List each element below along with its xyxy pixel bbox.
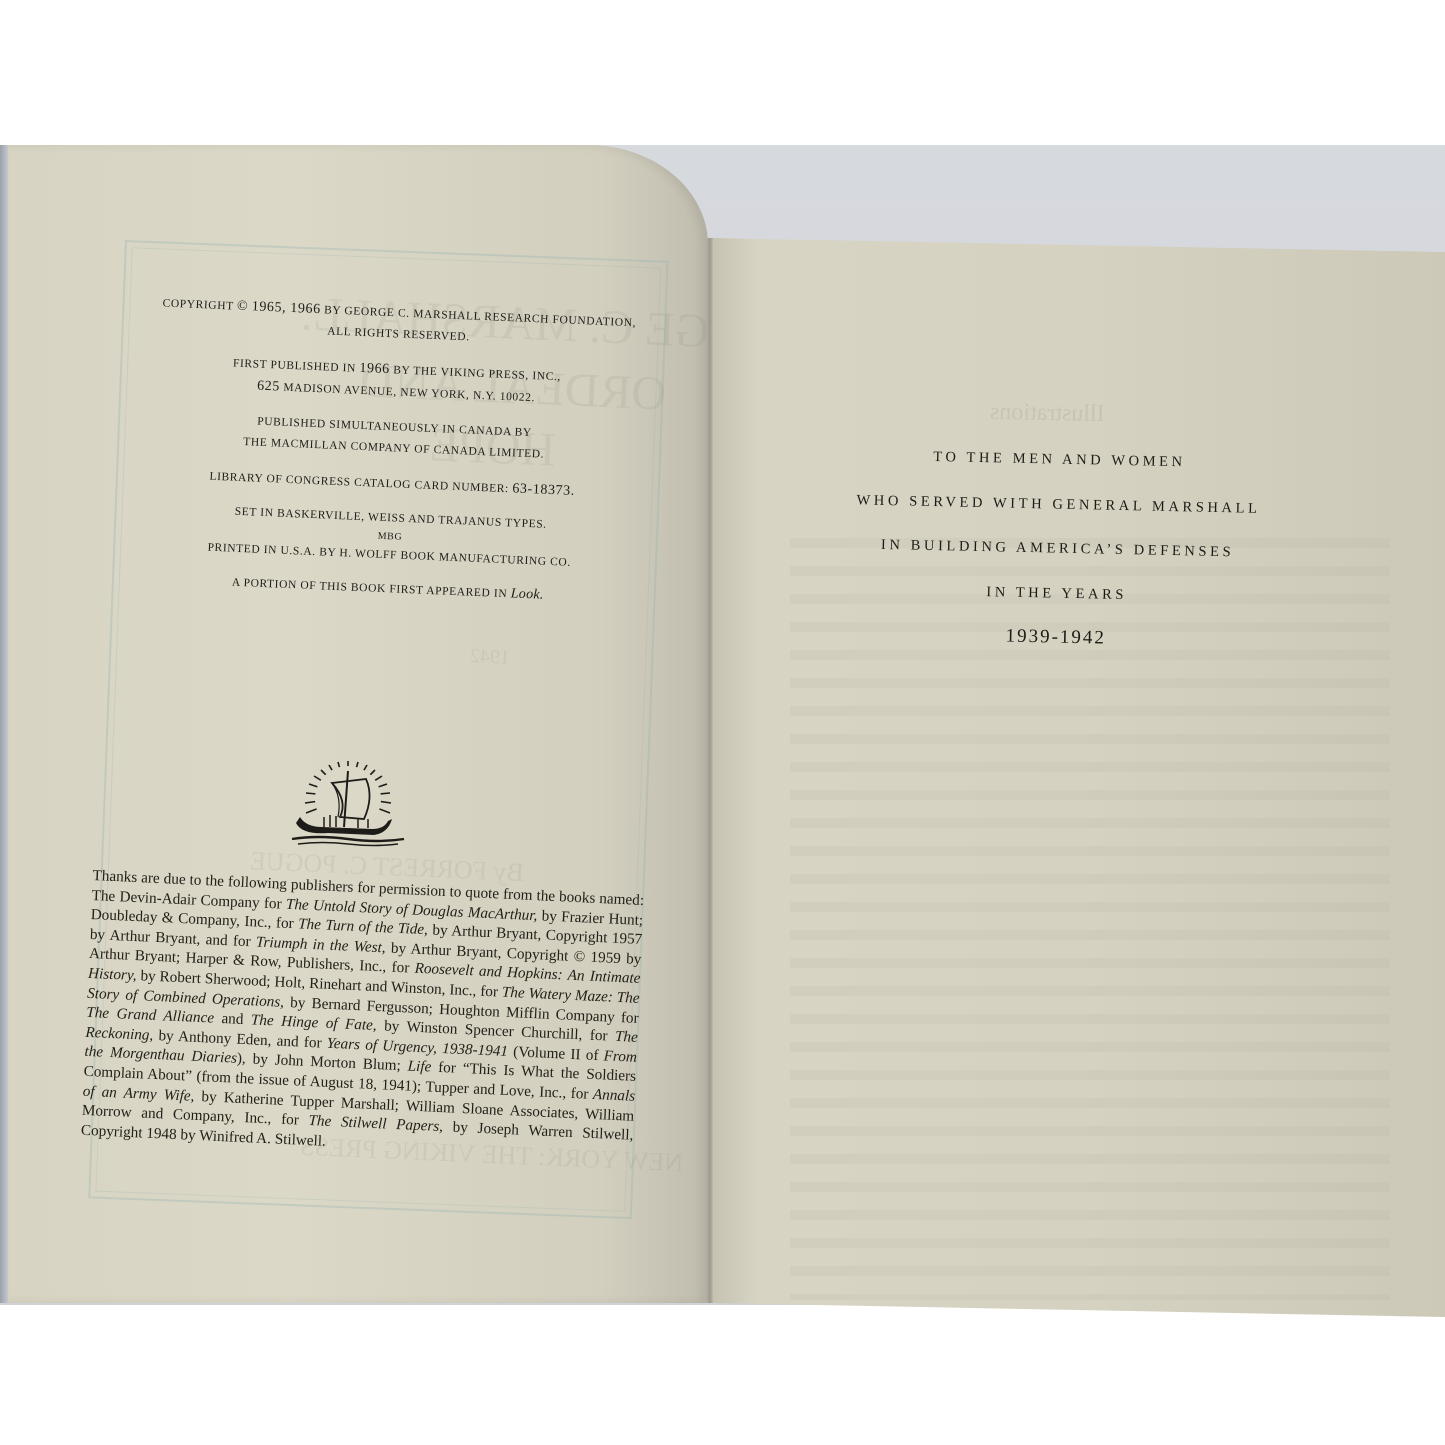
copyright-symbol-icon: ©	[237, 299, 249, 314]
rights-reserved: ALL RIGHTS RESERVED.	[327, 325, 470, 343]
viking-ship-sunburst-icon	[288, 757, 408, 849]
typeface-line: SET IN BASKERVILLE, WEISS AND TRAJANUS T…	[235, 506, 547, 531]
look-paragraph: A PORTION OF THIS BOOK FIRST APPEARED IN…	[138, 568, 638, 611]
ack-book-title: The Hinge of Fate,	[251, 1011, 378, 1034]
typesetting-paragraph: SET IN BASKERVILLE, WEISS AND TRAJANUS T…	[139, 499, 641, 575]
copyright-label: COPYRIGHT	[162, 298, 233, 313]
first-published-label: FIRST PUBLISHED IN	[233, 358, 356, 375]
copyright-years: 1965, 1966	[251, 299, 321, 317]
ack-text: (Volume II of	[508, 1043, 605, 1064]
copyright-notice: COPYRIGHT © 1965, 1966 BY GEORGE C. MARS…	[137, 292, 650, 625]
acknowledgements-paragraph: Thanks are due to the following publishe…	[81, 866, 645, 1165]
show-through-illustrations-heading: Illustrations	[990, 399, 1105, 428]
designer-initials: MBG	[377, 531, 402, 543]
first-published-paragraph: FIRST PUBLISHED IN 1966 BY THE VIKING PR…	[146, 349, 647, 414]
street-number: 625	[257, 379, 280, 395]
dedication: TO THE MEN AND WOMEN WHO SERVED WITH GEN…	[785, 432, 1330, 666]
canada-line-2: THE MACMILLAN COMPANY OF CANADA LIMITED.	[243, 436, 544, 461]
publisher-name: BY THE VIKING PRESS, INC.,	[393, 364, 561, 383]
first-published-year: 1966	[359, 361, 390, 377]
catalog-paragraph: LIBRARY OF CONGRESS CATALOG CARD NUMBER:…	[142, 463, 642, 506]
ack-book-title: The Grand Alliance	[86, 1004, 214, 1027]
ack-text: and	[214, 1010, 252, 1029]
publisher-address: MADISON AVENUE, NEW YORK, N.Y. 10022.	[283, 382, 535, 405]
catalog-label: LIBRARY OF CONGRESS CATALOG CARD NUMBER:	[209, 471, 509, 496]
ack-book-title: The Stilwell Papers,	[308, 1112, 443, 1135]
canada-line-1: PUBLISHED SIMULTANEOUSLY IN CANADA BY	[257, 416, 532, 439]
catalog-number: 63-18373.	[512, 481, 575, 499]
ack-magazine-title: Life	[407, 1058, 431, 1076]
printer-line: PRINTED IN U.S.A. BY H. WOLFF BOOK MANUF…	[207, 542, 571, 569]
ack-book-title: The Turn of the Tide,	[298, 916, 429, 939]
show-through-year: 1942	[470, 645, 511, 670]
look-label: A PORTION OF THIS BOOK FIRST APPEARED IN	[232, 577, 508, 601]
canada-paragraph: PUBLISHED SIMULTANEOUSLY IN CANADA BY TH…	[143, 407, 644, 470]
look-magazine-title: Look.	[510, 586, 544, 602]
